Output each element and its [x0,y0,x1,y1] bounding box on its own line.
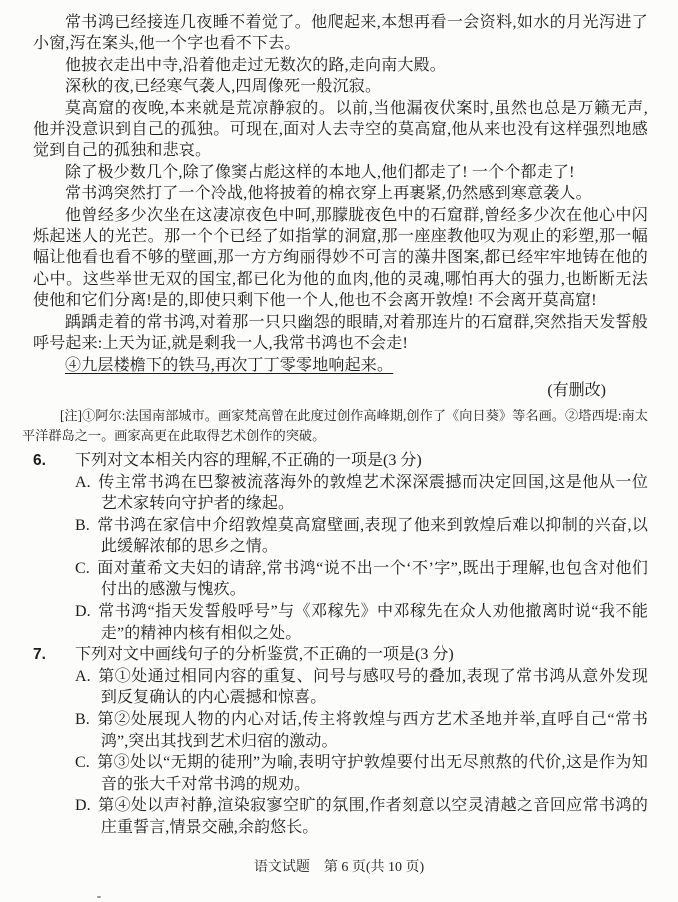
passage-paragraph: 莫高窟的夜晚,本来就是荒凉静寂的。以前,当他漏夜伏案时,虽然也总是万籁无声,他并… [33,98,648,162]
option-label: D. [75,797,91,814]
option-text: 常书鸿“指天发誓般呼号”与《邓稼先》中邓稼先在众人劝他撤离时说“我不能走”的精神… [98,603,648,642]
option-D: D.第④处以声衬静,渲染寂寥空旷的氛围,作者刻意以空灵清越之音回应常书鸿的庄重誓… [75,795,648,838]
passage-paragraph: 深秋的夜,已经寒气袭人,四周像死一般沉寂。 [33,76,648,97]
option-text: 第①处通过相同内容的重复、问号与感叹号的叠加,表现了常书鸿从意外发现到反复确认的… [98,668,648,707]
passage-paragraph: 除了极少数几个,除了像窦占彪这样的本地人,他们都走了! 一个个都走了! [33,162,648,183]
question-number: 6. [33,450,75,472]
option-A: A.第①处通过相同内容的重复、问号与感叹号的叠加,表现了常书鸿从意外发现到反复确… [75,666,648,709]
passage-paragraph: 常书鸿已经接连几夜睡不着觉了。他爬起来,本想再看一会资料,如水的月光泻进了小窗,… [33,12,648,55]
option-label: B. [75,517,90,534]
option-text: 面对董希文夫妇的请辞,常书鸿“说不出一个‘不’字”,既出于理解,也包含对他们付出… [97,560,648,599]
option-label: D. [75,603,91,620]
option-text: 第④处以声衬静,渲染寂寥空旷的氛围,作者刻意以空灵清越之音回应常书鸿的庄重誓言,… [98,797,648,836]
question-stem-text: 下列对文中画线句子的分析鉴赏,不正确的一项是(3 分) [75,646,454,663]
option-C: C.第③处以“无期的徒刑”为喻,表明守护敦煌要付出无尽煎熬的代价,这是作为知音的… [75,752,648,795]
option-text: 传主常书鸿在巴黎被流落海外的敦煌艺术深深震撼而决定回国,这是他从一位艺术家转向守… [98,474,648,513]
option-label: C. [75,754,90,771]
passage-paragraph: 他曾经多少次坐在这凄凉夜色中呵,那朦胧夜色中的石窟群,曾经多少次在他心中闪烁起迷… [33,205,648,312]
footnote: [注]①阿尔:法国南部城市。画家梵高曾在此度过创作高峰期,创作了《向日葵》等名画… [22,406,648,447]
option-label: B. [75,711,90,728]
exam-page: 常书鸿已经接连几夜睡不着觉了。他爬起来,本想再看一会资料,如水的月光泻进了小窗,… [0,0,678,902]
question-number: 7. [33,644,75,666]
option-B: B.常书鸿在家信中介绍敦煌莫高窟壁画,表现了他来到敦煌后难以抑制的兴奋,以此缓解… [75,515,648,558]
passage-paragraph: 踽踽走着的常书鸿,对着那一只只幽怨的眼睛,对着那连片的石窟群,突然指天发誓般呼号… [33,312,648,355]
passage-text: 常书鸿已经接连几夜睡不着觉了。他爬起来,本想再看一会资料,如水的月光泻进了小窗,… [33,12,648,376]
questions-section: 6.下列对文本相关内容的理解,不正确的一项是(3 分)A.传主常书鸿在巴黎被流落… [33,450,648,839]
option-text: 第②处展现人物的内心对话,传主将敦煌与西方艺术圣地并举,直呼自己“常书鸿”,突出… [97,711,648,750]
question-stem-text: 下列对文本相关内容的理解,不正确的一项是(3 分) [75,452,422,469]
edited-note: (有删改) [33,379,648,402]
option-C: C.面对董希文夫妇的请辞,常书鸿“说不出一个‘不’字”,既出于理解,也包含对他们… [75,558,648,601]
question-7: 7.下列对文中画线句子的分析鉴赏,不正确的一项是(3 分)A.第①处通过相同内容… [33,644,648,838]
option-D: D.常书鸿“指天发誓般呼号”与《邓稼先》中邓稼先在众人劝他撤离时说“我不能走”的… [75,601,648,644]
question-stem: 7.下列对文中画线句子的分析鉴赏,不正确的一项是(3 分) [33,644,648,666]
scan-speck [97,896,101,898]
passage-paragraph-underlined: ④九层楼檐下的铁马,再次丁丁零零地响起来。 [33,355,648,376]
option-text: 第③处以“无期的徒刑”为喻,表明守护敦煌要付出无尽煎熬的代价,这是作为知音的张大… [97,754,648,793]
option-B: B.第②处展现人物的内心对话,传主将敦煌与西方艺术圣地并举,直呼自己“常书鸿”,… [75,709,648,752]
page-footer: 语文试题 第 6 页(共 10 页) [0,856,678,876]
question-stem: 6.下列对文本相关内容的理解,不正确的一项是(3 分) [33,450,648,472]
option-text: 常书鸿在家信中介绍敦煌莫高窟壁画,表现了他来到敦煌后难以抑制的兴奋,以此缓解浓郁… [97,517,648,556]
option-label: A. [75,474,91,491]
question-6: 6.下列对文本相关内容的理解,不正确的一项是(3 分)A.传主常书鸿在巴黎被流落… [33,450,648,644]
option-label: A. [75,668,91,685]
passage-paragraph: 常书鸿突然打了一个冷战,他将披着的棉衣穿上再裹紧,仍然感到寒意袭人。 [33,183,648,204]
option-label: C. [75,560,90,577]
option-A: A.传主常书鸿在巴黎被流落海外的敦煌艺术深深震撼而决定回国,这是他从一位艺术家转… [75,472,648,515]
passage-paragraph: 他披衣走出中寺,沿着他走过无数次的路,走向南大殿。 [33,55,648,76]
